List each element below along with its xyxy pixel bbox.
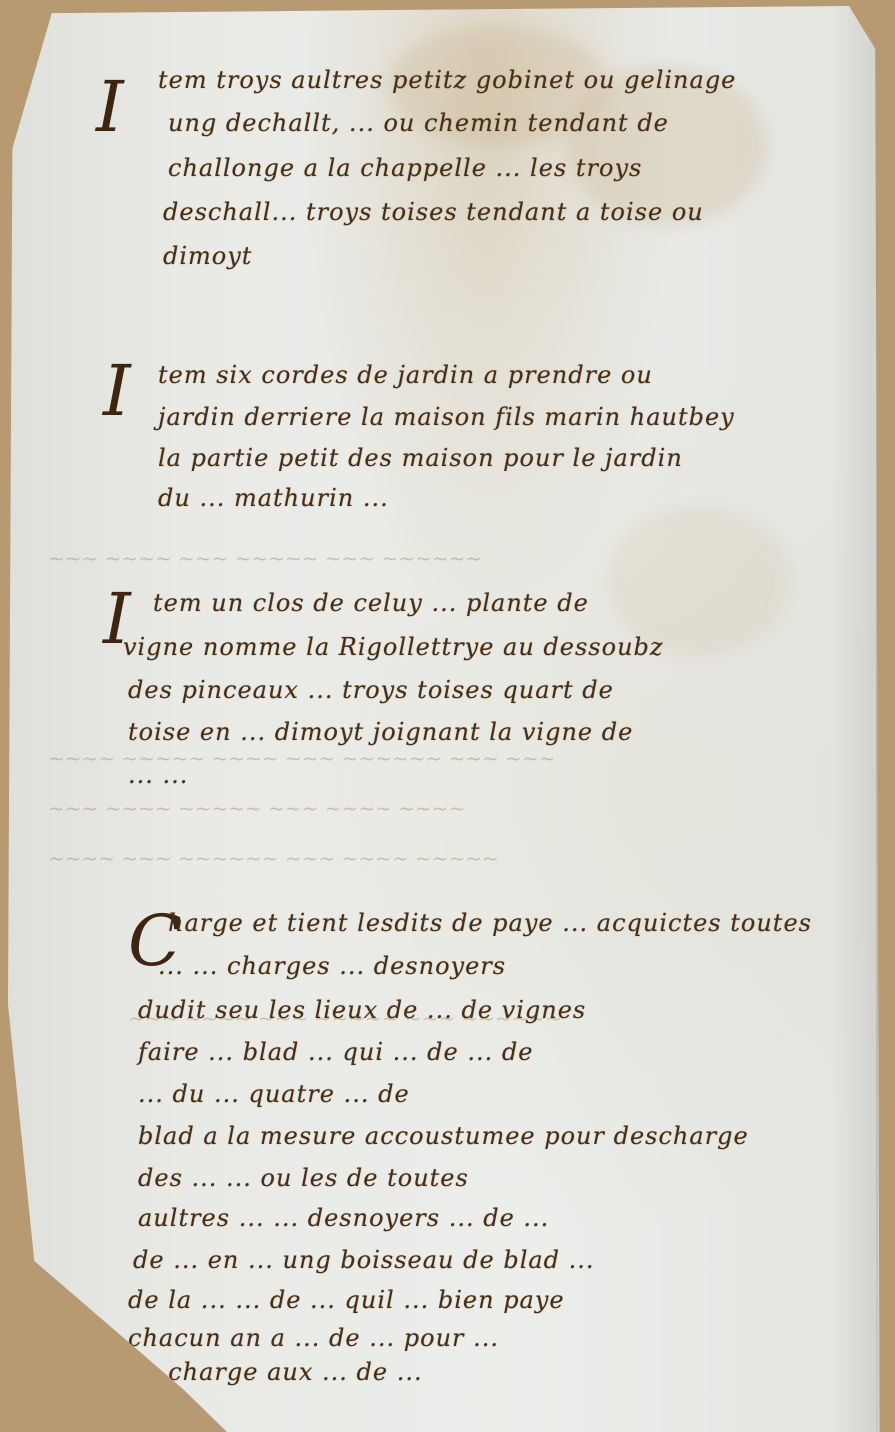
text-line: deschall... troys toises tendant a toise…: [163, 198, 704, 226]
text-line: de charge aux ... de ...: [128, 1358, 423, 1386]
text-line: toise en ... dimoyt joignant la vigne de: [128, 718, 633, 746]
text-line: dimoyt: [163, 242, 252, 270]
text-line: de ... en ... ung boisseau de blad ...: [133, 1246, 595, 1274]
text-line: la partie petit des maison pour le jardi…: [158, 444, 683, 472]
manuscript-page: ~~~ ~~~~ ~~~ ~~~~~ ~~~ ~~~~~~ ~~~~ ~~~~~…: [8, 6, 884, 1432]
bleed-through-text: ~~~~ ~~~ ~~~~~~ ~~~ ~~~~ ~~~~~: [48, 846, 499, 870]
page-fold-edge: [876, 6, 878, 1432]
text-line: dudit seu les lieux de ... de vignes: [138, 996, 586, 1024]
text-line: ung dechallt, ... ou chemin tendant de: [168, 109, 669, 137]
bleed-through-text: ~~~ ~~~~ ~~~ ~~~~~ ~~~ ~~~~~~: [48, 546, 482, 570]
text-line: des ... ... ou les de toutes: [138, 1164, 469, 1192]
text-line: challonge a la chappelle ... les troys: [168, 154, 642, 182]
decorated-initial: I: [103, 356, 131, 426]
bleed-through-text: ~~~ ~~~~ ~~~~~ ~~~ ~~~~ ~~~~: [48, 796, 465, 820]
decorated-initial: I: [96, 72, 124, 142]
text-line: tem un clos de celuy ... plante de: [153, 589, 589, 617]
text-line: ... ...: [128, 761, 188, 789]
text-line: ... ... charges ... desnoyers: [158, 952, 506, 980]
text-line: harge et tient lesdits de paye ... acqui…: [168, 909, 812, 937]
text-line: vigne nomme la Rigollettrye au dessoubz: [123, 633, 664, 661]
text-line: ... du ... quatre ... de: [138, 1080, 410, 1108]
text-line: aultres ... ... desnoyers ... de ...: [138, 1204, 549, 1232]
text-line: tem six cordes de jardin a prendre ou: [158, 361, 653, 389]
bleed-through-text: ~~~~ ~~~~~ ~~~~ ~~~ ~~~~~~ ~~~ ~~~: [48, 746, 555, 770]
text-line: faire ... blad ... qui ... de ... de: [138, 1038, 533, 1066]
text-line: des pinceaux ... troys toises quart de: [128, 676, 614, 704]
text-line: blad a la mesure accoustumee pour descha…: [138, 1122, 749, 1150]
text-line: tem troys aultres petitz gobinet ou geli…: [158, 66, 736, 94]
text-line: du ... mathurin ...: [158, 484, 389, 512]
text-line: de la ... ... de ... quil ... bien paye: [128, 1286, 565, 1314]
text-line: jardin derriere la maison fils marin hau…: [158, 403, 735, 431]
text-line: chacun an a ... de ... pour ...: [128, 1324, 499, 1352]
